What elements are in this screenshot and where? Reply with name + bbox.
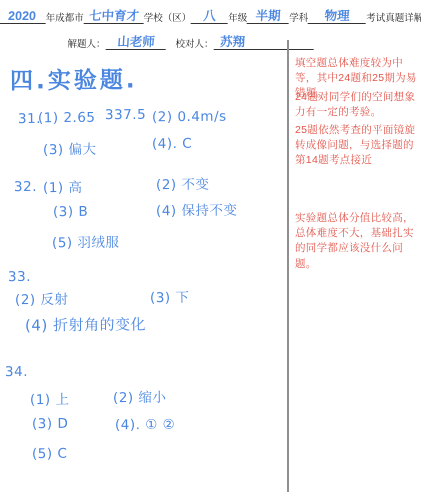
exam-year: 2020	[0, 10, 46, 24]
answer-32-2: (2) 不变	[156, 173, 210, 193]
answer-34-1: (1) 上	[30, 388, 70, 408]
label-grade: 年级	[228, 10, 247, 24]
answer-34-2: (2) 缩小	[113, 386, 167, 406]
header-line-2: 解题人：山老师校对人：苏翔	[0, 36, 401, 50]
answer-33-2: (2) 反射	[15, 288, 69, 308]
answer-31-3: (3) 偏大	[43, 138, 97, 158]
answer-31-1b: 337.5	[105, 107, 146, 123]
label-city: 年成都市	[46, 10, 84, 24]
annotation-q25: 25题依然考查的平面镜旋转成像问题，与选择题的第14题考点接近	[295, 123, 419, 169]
answer-sheet-page: 2020年成都市七中育才学校（区）八年级半期学科物理考试真题详解 解题人：山老师…	[0, 0, 421, 495]
answer-31-1: (1) 2.65	[38, 110, 96, 127]
question-32-number: 32.	[14, 179, 37, 195]
answer-31-4: (4). C	[152, 136, 192, 152]
answer-33-3: (3) 下	[150, 286, 190, 306]
annotation-experiment-section: 实验题总体分值比较高，总体难度不大，基础扎实的同学都应该没什么问题。	[295, 211, 419, 272]
header-line-1: 2020年成都市七中育才学校（区）八年级半期学科物理考试真题详解	[0, 10, 421, 24]
label-school: 学校（区）	[144, 10, 192, 24]
subject: 物理	[308, 10, 367, 24]
solver-label: 解题人：	[67, 36, 105, 50]
answer-32-4: (4) 保持不变	[156, 199, 238, 220]
column-divider	[287, 40, 289, 492]
annotation-q24: 24题对同学们的空间想象力有一定的考验。	[295, 90, 419, 120]
section-title: 四.实验题.	[10, 61, 138, 95]
term: 半期	[247, 10, 290, 24]
label-subject: 学科	[289, 10, 308, 24]
question-33-number: 33.	[8, 269, 31, 285]
answer-32-5: (5) 羽绒服	[52, 231, 120, 252]
answer-34-3: (3) D	[32, 416, 68, 432]
answer-31-2: (2) 0.4m/s	[152, 109, 227, 126]
solver-name: 山老师	[105, 36, 166, 50]
answer-32-1: (1) 高	[43, 176, 83, 196]
school-name: 七中育才	[83, 10, 144, 24]
label-title: 考试真题详解	[366, 10, 421, 24]
proof-label: 校对人：	[176, 36, 214, 50]
proofreader-name: 苏翔	[213, 36, 314, 50]
grade: 八	[191, 10, 229, 24]
answer-32-3: (3) B	[53, 204, 88, 220]
answer-34-5: (5) C	[32, 446, 67, 462]
answer-33-4: (4) 折射角的变化	[25, 313, 146, 335]
question-34-number: 34.	[5, 364, 28, 380]
answer-34-4: (4). ① ②	[115, 417, 175, 434]
